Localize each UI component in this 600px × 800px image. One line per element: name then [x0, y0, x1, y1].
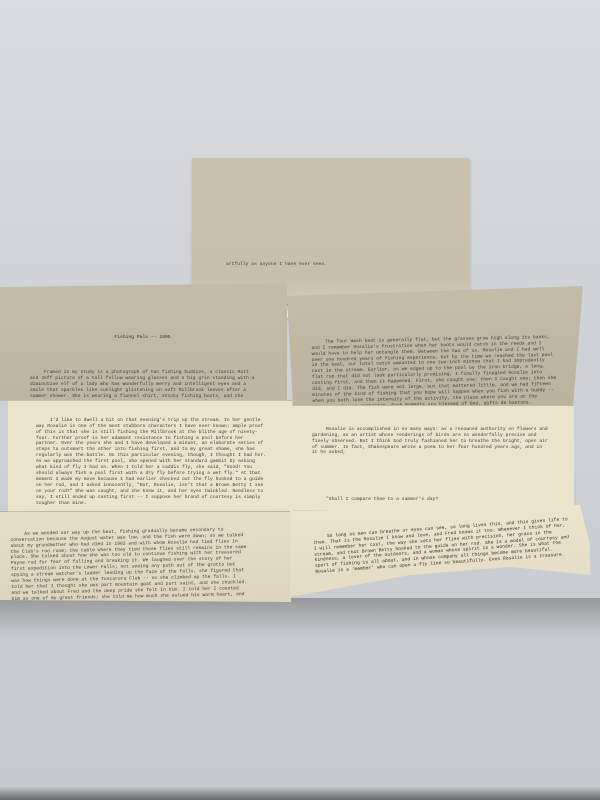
top-letter-continuation: artfully as anyone I have ever seen.: [226, 262, 431, 268]
letter-title: Fishing Pals -- 1995: [30, 335, 255, 341]
right-paragraph-2: Rosalie is accomplished in so many ways:…: [312, 427, 550, 457]
photo-vignette: [0, 786, 600, 800]
left-paragraph-1: Framed in my study is a photograph of tw…: [30, 370, 255, 401]
right-paragraph-3: So long as men can breathe or eyes can s…: [313, 517, 573, 576]
left-page-upper-panel: Fishing Pals -- 1995 Framed in my study …: [0, 283, 287, 401]
left-paragraph-3: As we wended our way up the beat, fishin…: [10, 527, 250, 602]
right-paragraph-1: The Tour Wash beat is generally flat, bu…: [311, 335, 557, 406]
table-shadow: [0, 598, 600, 638]
sonnet-excerpt-1: "Shall I compare thee to a summer's day?…: [312, 485, 550, 510]
left-page-middle-panel: I'd like to dwell a bit on that evening'…: [8, 400, 292, 512]
right-fold-line-upper: [292, 405, 574, 406]
left-page-lower-panel: As we wended our way up the beat, fishin…: [0, 510, 291, 602]
left-paragraph-2: I'd like to dwell a bit on that evening'…: [36, 418, 268, 507]
left-fold-line-lower: [0, 511, 291, 512]
right-page-upper-panel: The Tour Wash beat is generally flat, bu…: [287, 286, 583, 406]
right-page-lower-panel: So long as men can breathe or eyes can s…: [290, 505, 590, 597]
right-page-middle-panel: Rosalie is accomplished in so many ways:…: [292, 405, 574, 510]
left-fold-line-upper: [8, 400, 292, 401]
verse-line: "Shall I compare thee to a summer's day?: [326, 497, 550, 503]
